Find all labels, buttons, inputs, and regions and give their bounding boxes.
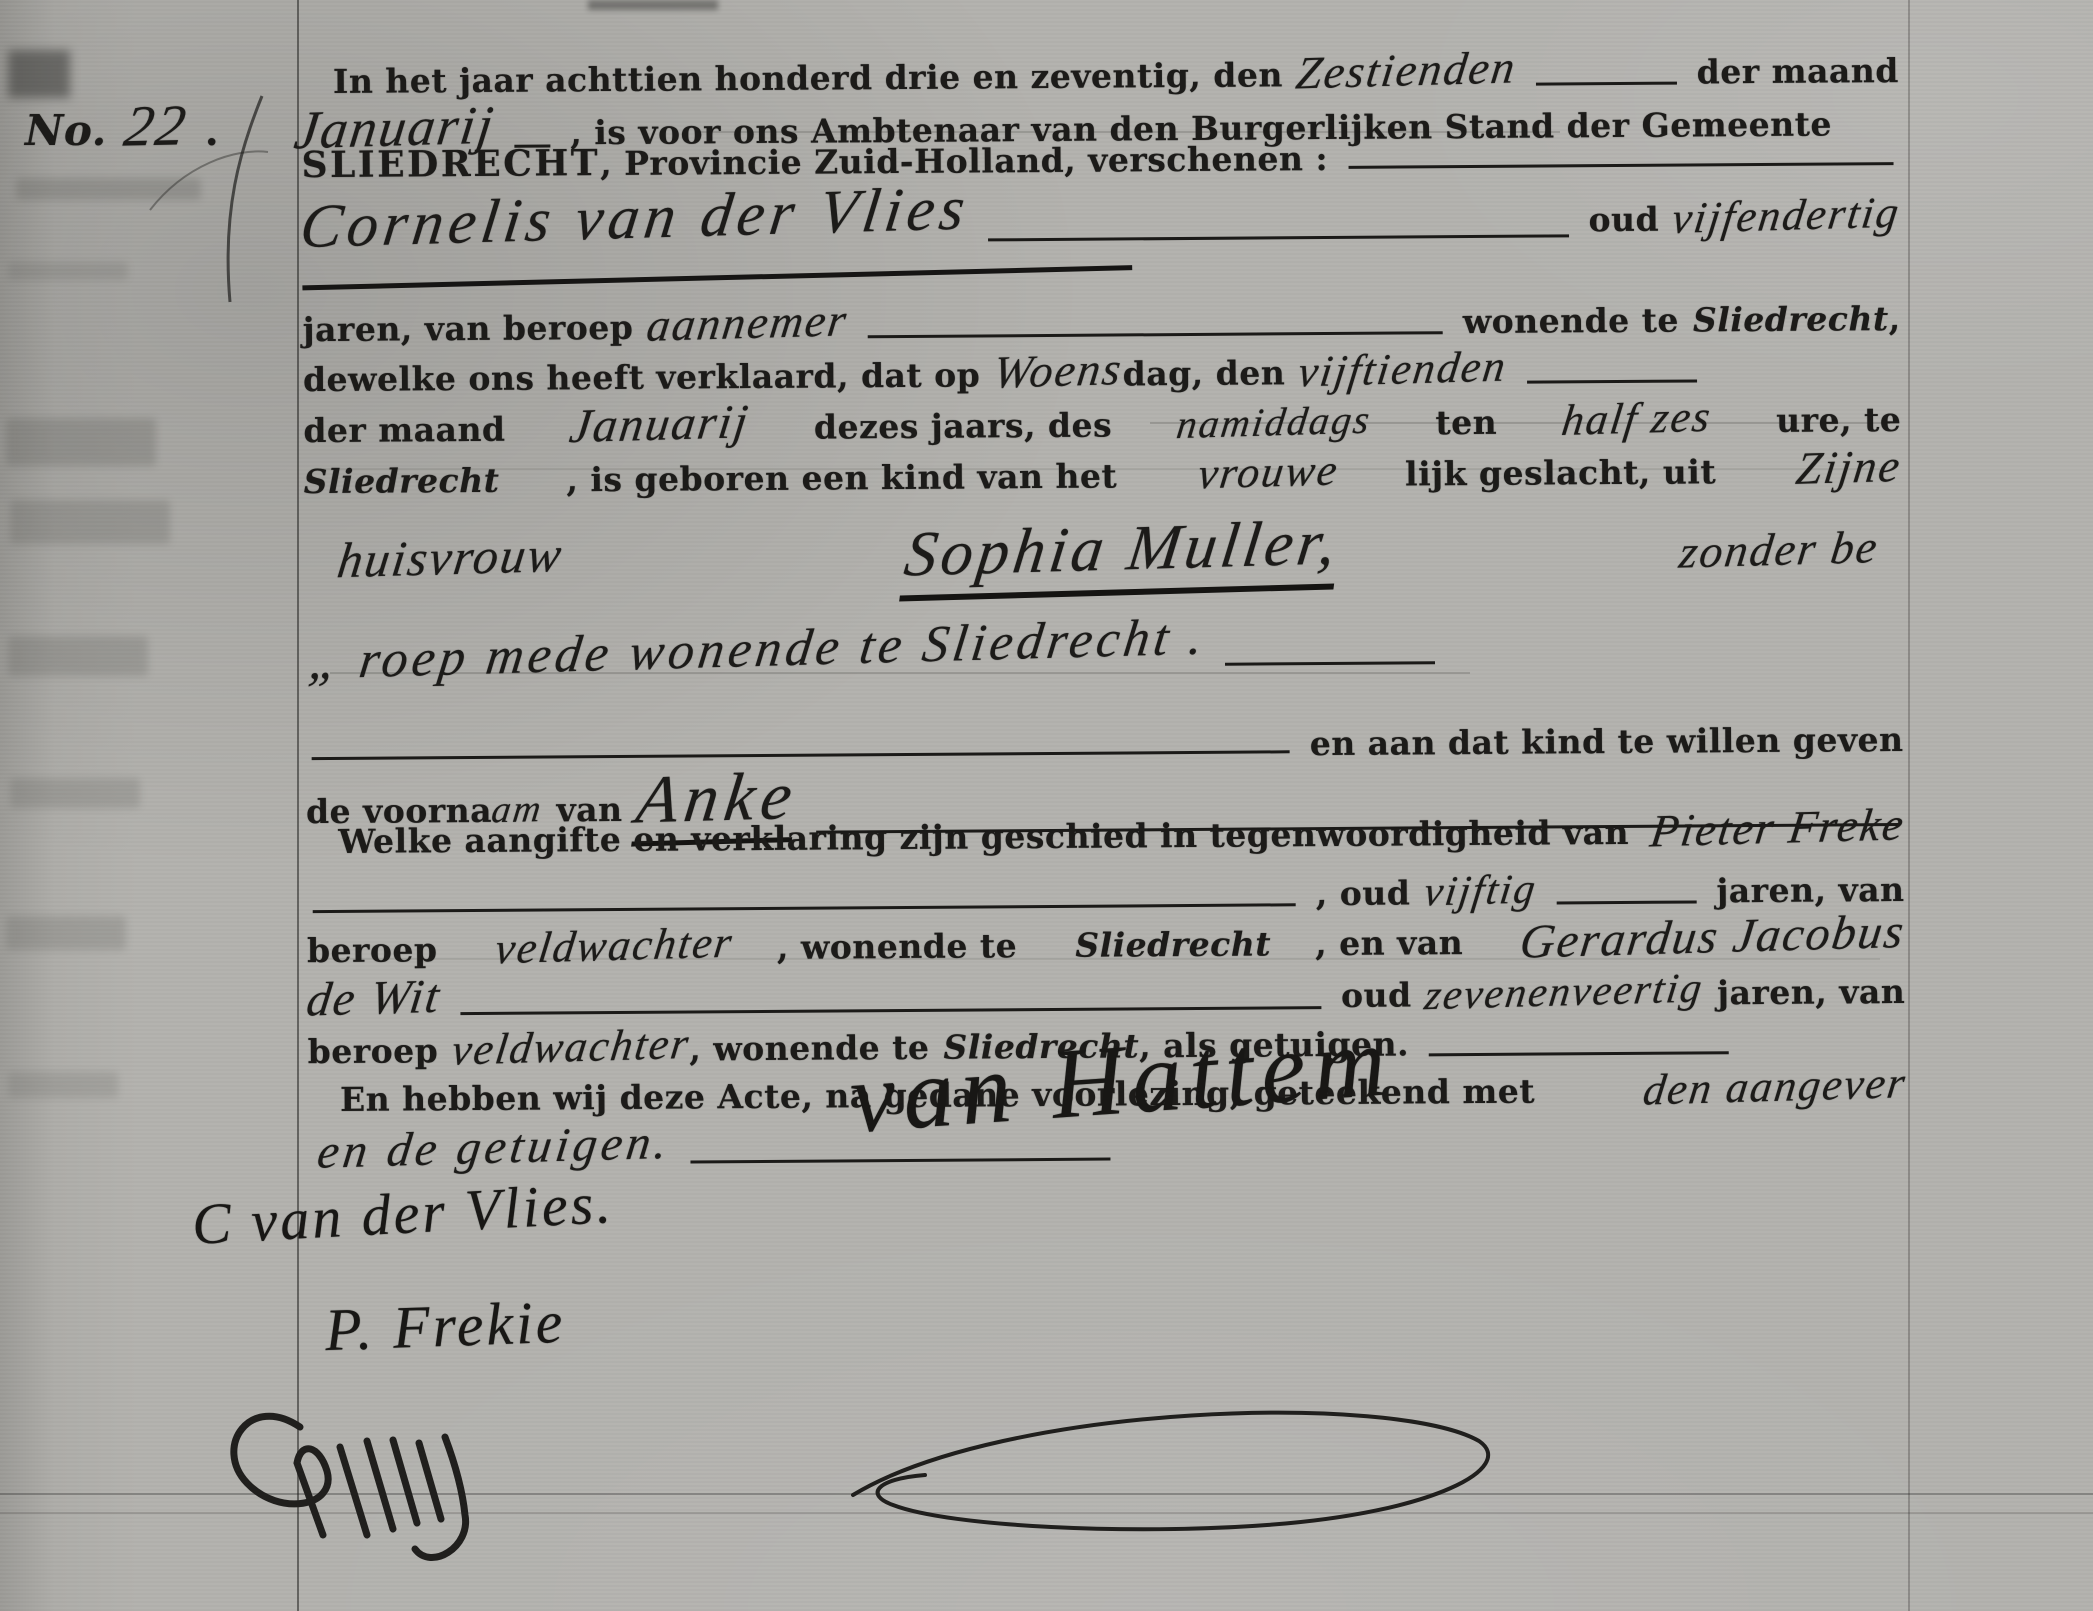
written-witness1-age: vijftig [1421,865,1540,916]
written-birth-hour: half zes [1558,391,1714,446]
written-birth-day: vijftienden [1296,341,1511,398]
witness1-signature: P. Frekie [324,1288,567,1365]
written-witness1-name: Pieter Freke [1647,797,1908,857]
written-huisvrouw: huisvrouw [334,525,567,589]
registrar-signature-flourish [835,1375,1525,1540]
act-line-09: huisvrouw Sophia Muller, zonder be [338,506,1879,601]
written-witness1-occupation: veldwachter [492,917,736,975]
form-rule-line [690,1158,1110,1164]
form-rule-line [1536,82,1677,86]
act-line-13: Welke aangifte en verklaring zijn geschi… [338,800,1904,864]
printed-en-van: , en van [1315,923,1463,963]
form-rule-line [1556,900,1696,904]
written-time-of-day: namiddags [1174,396,1374,448]
printed-ten: ten [1435,403,1497,442]
written-declarant-age: vijfendertig [1669,187,1903,244]
written-declarant-name: Cornelis van der Vlies [296,174,973,264]
printed-birthplace-sliedrecht: Sliedrecht [304,461,500,501]
act-line-10: „ roep mede wonende te Sliedrecht . [311,614,1591,682]
written-roep-wonende: „ roep mede wonende te Sliedrecht . [306,607,1211,691]
written-den-aangever: den aangever [1640,1057,1910,1115]
written-declarant-occupation: aannemer [644,293,851,352]
written-witness2-occupation: veldwachter [449,1018,693,1076]
printed-ure-te: ure, te [1776,400,1901,440]
form-rule-line [988,234,1568,241]
printed-wonende-te-2: , wonende te [777,926,1017,967]
printed-geslacht-clause: lijk geslacht, uit [1405,452,1716,493]
printed-beroep-2: beroep [308,1031,439,1071]
form-rule-line [1225,661,1435,665]
printed-geboren-clause: , is geboren een kind van het [566,456,1117,499]
form-rule-line [867,331,1442,338]
act-body: In het jaar achttien honderd drie en zev… [0,0,2093,1611]
written-birth-month: Januarij [567,394,753,454]
form-rule-line [1527,379,1697,383]
printed-beroep: beroep [307,930,438,970]
printed-comma: , [1888,299,1900,338]
written-witness2-age: zevenenveertig [1422,964,1707,1020]
form-rule-line [313,903,1296,913]
form-rule-line [1429,1051,1729,1056]
witness2-signature-scrawl [205,1385,545,1575]
written-gender: vrouwe [1195,444,1342,499]
written-en-de-getuigen: en de getuigen. [314,1115,674,1180]
printed-residence-sliedrecht: Sliedrecht [1693,299,1889,339]
printed-oud: oud [1588,200,1659,239]
written-mother-name: Sophia Muller, [899,505,1344,601]
printed-dag-den: dag, den [1123,353,1286,393]
written-witness2-surname: de Wit [304,969,445,1028]
written-weekday: Woens [991,342,1127,399]
printed-witness-clause: Welke aangifte en verklaring zijn geschi… [338,813,1629,861]
written-zijne: Zijne [1793,439,1905,495]
act-line-04: Cornelis van der Vlies oud vijfendertig [302,174,1900,256]
printed-der-maand-2: der maand [303,410,505,450]
written-zonder-be: zonder be [1676,520,1882,579]
printed-dezes-jaars: dezes jaars, des [814,406,1112,447]
form-rule-line [461,1006,1321,1015]
birth-certificate-scan: { "colors": { "paper": "#b3b2ae", "ink":… [0,0,2093,1611]
printed-wonende-te: wonende te [1463,301,1679,342]
declarant-name-underline [302,265,1132,290]
printed-jaren-beroep: jaren, van beroep [303,308,634,349]
act-line-08: Sliedrecht , is geboren een kind van het… [304,440,1902,504]
printed-oud-2: , oud [1316,873,1411,913]
printed-jaren-van-2: jaren, van [1717,972,1906,1012]
form-rule-line [1348,162,1893,169]
printed-declaration-clause: dewelke ons heeft verklaard, dat op [303,355,981,399]
printed-residence-sliedrecht-2: Sliedrecht [1075,924,1271,964]
printed-municipality-name: SLIEDRECHT [301,142,600,186]
